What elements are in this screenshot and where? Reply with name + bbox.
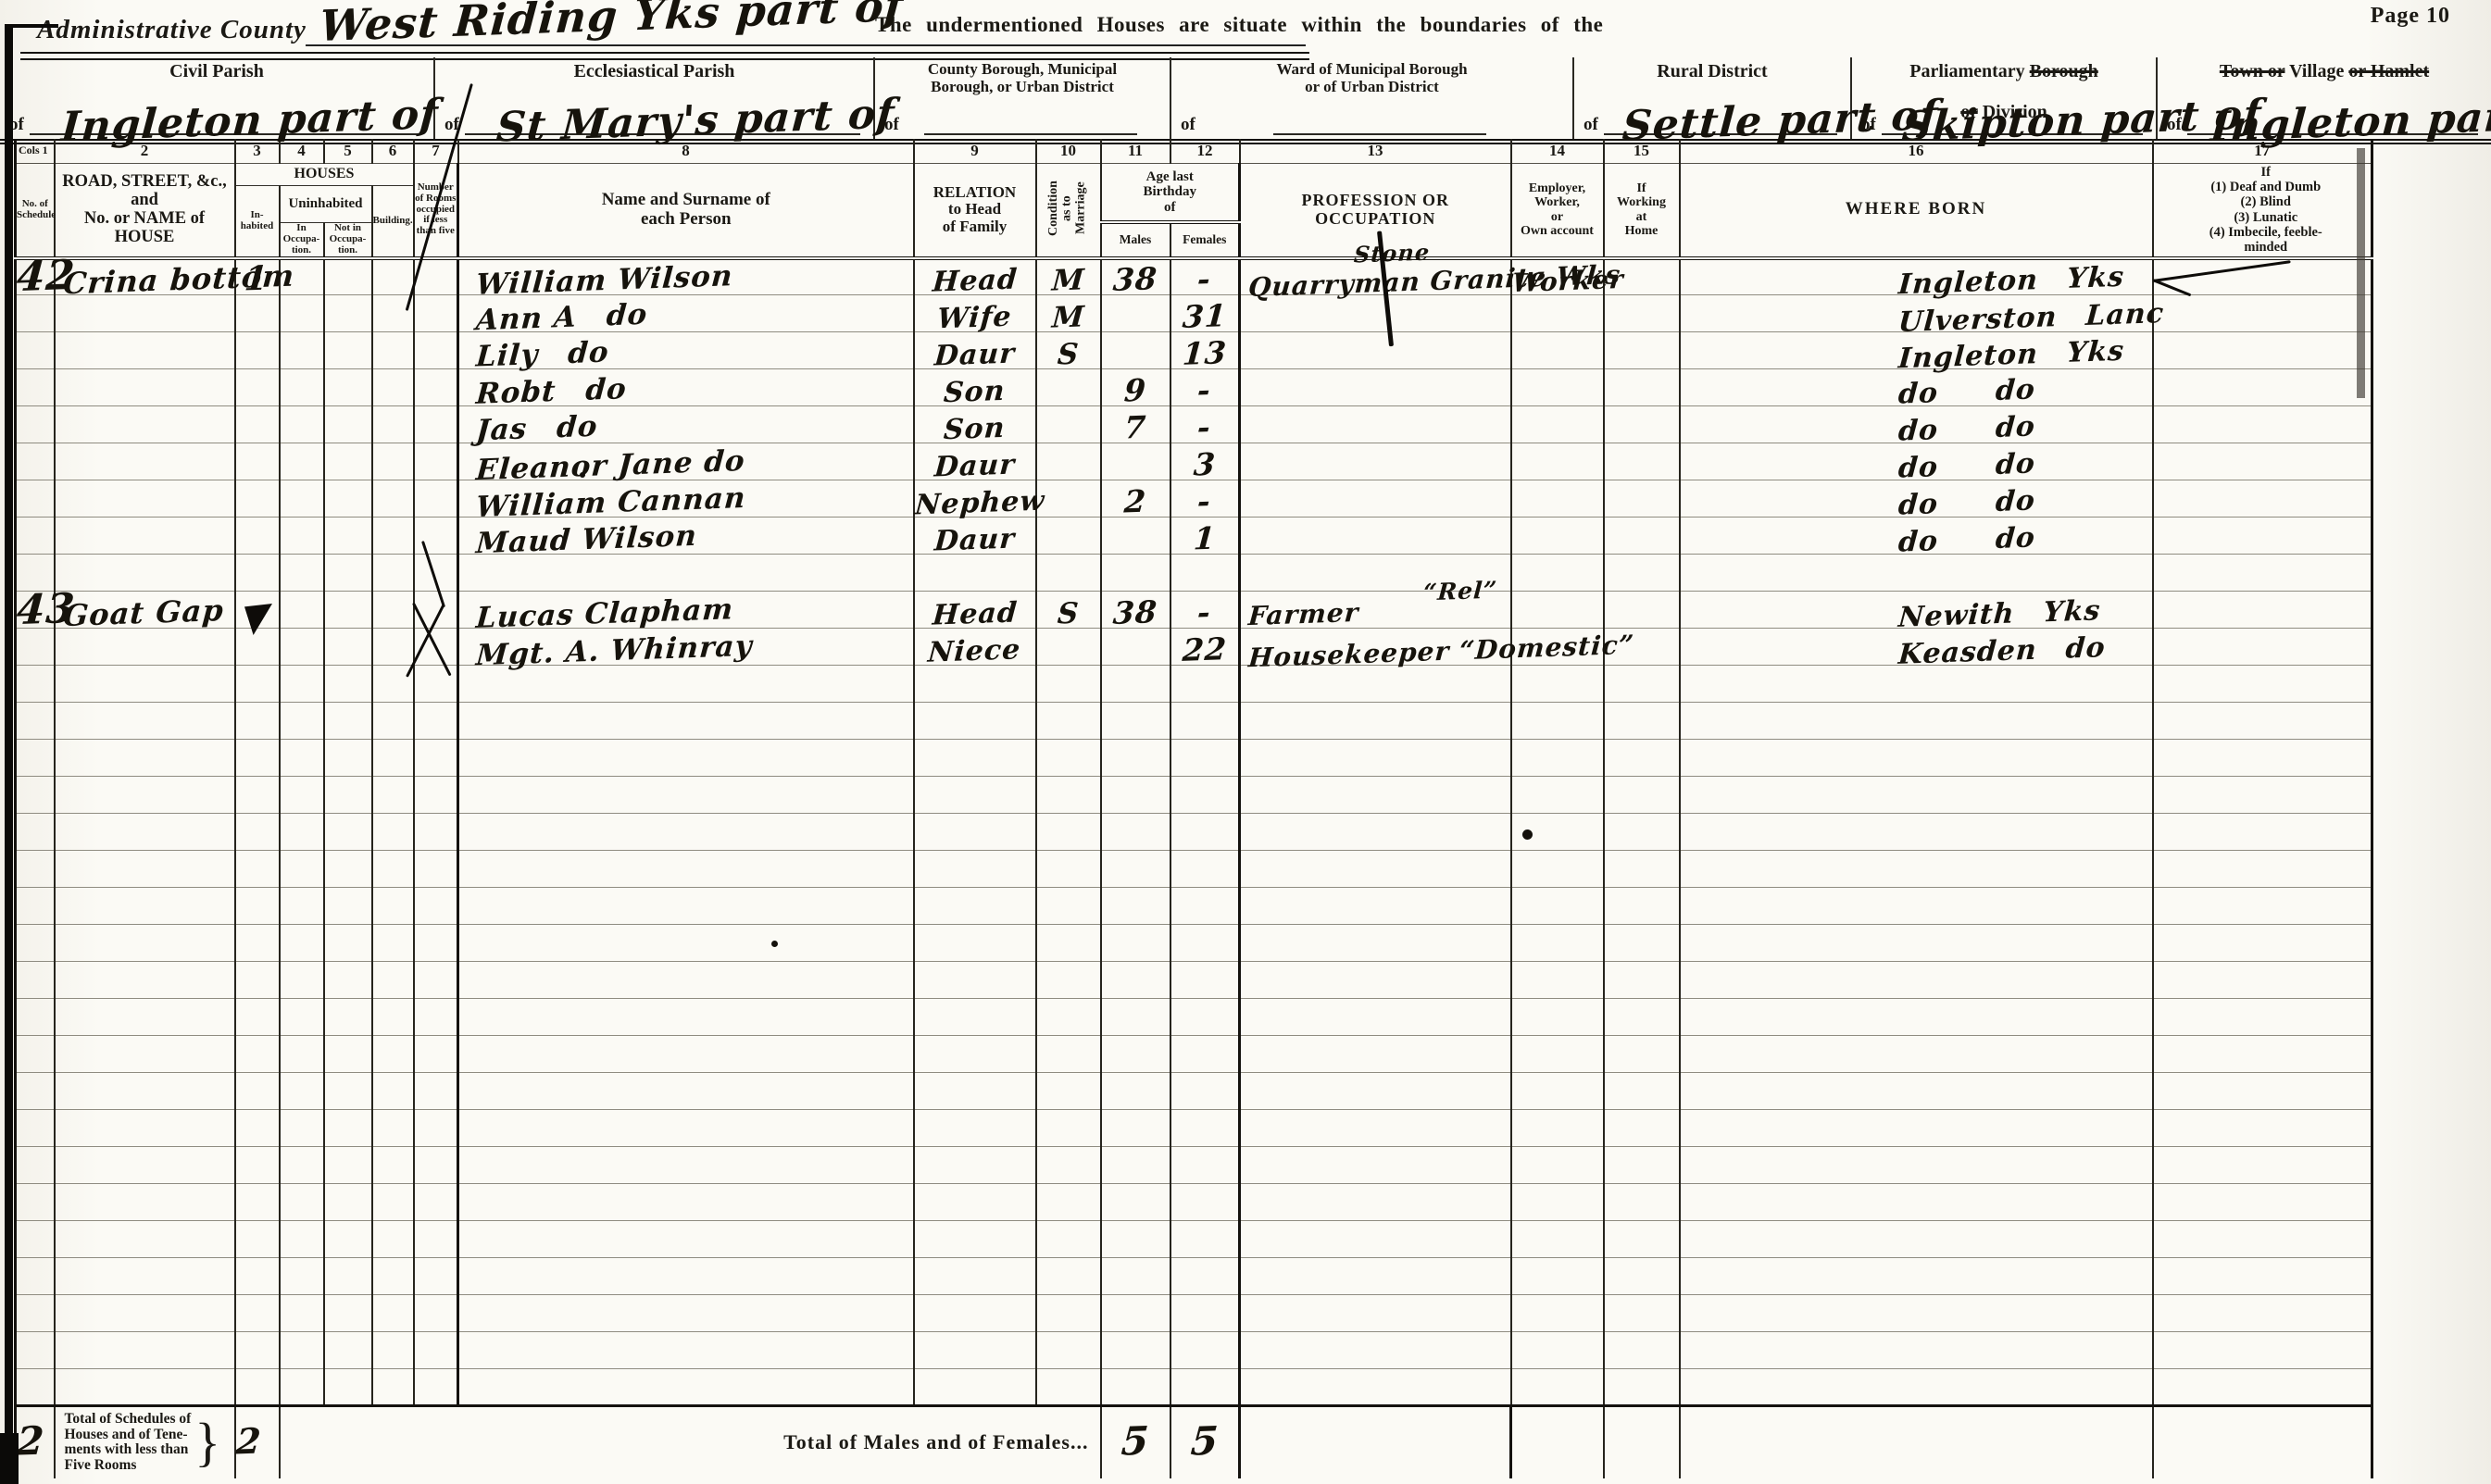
cell-inhabited <box>235 1110 280 1147</box>
cell-occupation <box>1240 1073 1511 1110</box>
table-footer: 2 Total of Schedules of Houses and of Te… <box>16 1406 2372 1478</box>
cell-age-m <box>1101 1184 1170 1221</box>
cell-born: Ingleton Yks <box>1680 332 2153 369</box>
cell-road <box>55 295 235 332</box>
cell-relation <box>914 1110 1036 1147</box>
cell-relation: Daur <box>914 518 1036 555</box>
cell-building <box>372 555 414 592</box>
table-row: 42Crina bottom1William WilsonHeadM38-Qua… <box>16 258 2372 295</box>
cell-relation <box>914 740 1036 777</box>
cell-in-occupation <box>280 1295 324 1332</box>
cell-in-occupation <box>280 406 324 443</box>
totals-row: 2 Total of Schedules of Houses and of Te… <box>16 1406 2372 1478</box>
cell-occupation <box>1240 1295 1511 1332</box>
cell-age-m <box>1101 962 1170 999</box>
condition-handwriting: S <box>1057 343 1080 367</box>
cell-building <box>372 1258 414 1295</box>
cell-age-f <box>1170 888 1240 925</box>
col-number: 14 <box>1511 139 1604 163</box>
cell-condition <box>1036 666 1101 703</box>
cell-name: Lucas Clapham <box>458 592 914 629</box>
cell-rooms <box>414 1147 458 1184</box>
cell-age-m <box>1101 295 1170 332</box>
cell-name <box>458 555 914 592</box>
cell-born <box>1680 925 2153 962</box>
cell-schedule: 43 <box>16 592 55 629</box>
cell-born <box>1680 962 2153 999</box>
scan-top-tick <box>5 24 58 28</box>
table-row <box>16 851 2372 888</box>
cell-at-home <box>1604 703 1680 740</box>
cell-name <box>458 777 914 814</box>
cell-age-m <box>1101 1110 1170 1147</box>
cell-occupation <box>1240 814 1511 851</box>
cell-in-occupation <box>280 703 324 740</box>
census-table: Cols 1 2 3 4 5 6 7 8 9 10 11 12 13 14 15… <box>14 139 2373 1478</box>
cell-condition <box>1036 1036 1101 1073</box>
cell-infirmity <box>2153 851 2372 888</box>
cell-age-m: 38 <box>1101 592 1170 629</box>
relation-handwriting: Daur <box>933 455 1016 480</box>
cell-employer <box>1511 888 1604 925</box>
age_f-handwriting: - <box>1196 379 1211 403</box>
cell-building <box>372 480 414 518</box>
cell-born <box>1680 1369 2153 1406</box>
cell-infirmity <box>2153 592 2372 629</box>
cell-building <box>372 1036 414 1073</box>
cell-born: Ulverston Lanc <box>1680 295 2153 332</box>
cell-relation <box>914 1295 1036 1332</box>
cell-road: Goat Gap <box>55 592 235 629</box>
table-row: 43Goat GapLucas ClaphamHeadS38-Farmer“Re… <box>16 592 2372 629</box>
cell-rooms <box>414 1110 458 1147</box>
cell-schedule <box>16 777 55 814</box>
census-sheet: Administrative County West Riding Yks pa… <box>0 0 2491 1484</box>
cell-relation <box>914 888 1036 925</box>
cell-condition <box>1036 925 1101 962</box>
cell-condition <box>1036 962 1101 999</box>
cell-born <box>1680 703 2153 740</box>
cell-inhabited <box>235 1184 280 1221</box>
condition-handwriting: M <box>1051 268 1085 292</box>
relation-handwriting: Son <box>943 380 1006 405</box>
cell-born <box>1680 1184 2153 1221</box>
age_m-handwriting: 7 <box>1123 416 1147 441</box>
cell-age-f <box>1170 1295 1240 1332</box>
cell-condition: S <box>1036 332 1101 369</box>
born-handwriting: do do <box>1897 527 2036 554</box>
cell-employer <box>1511 1147 1604 1184</box>
cell-building <box>372 851 414 888</box>
cell-occupation <box>1240 1332 1511 1369</box>
cell-age-f: - <box>1170 406 1240 443</box>
cell-at-home <box>1604 962 1680 999</box>
cell-name <box>458 1184 914 1221</box>
scan-left-frame <box>5 24 13 1484</box>
cell-at-home <box>1604 629 1680 666</box>
cell-inhabited <box>235 518 280 555</box>
cell-condition <box>1036 1184 1101 1221</box>
cell-occupation <box>1240 1036 1511 1073</box>
table-row <box>16 1110 2372 1147</box>
cell-inhabited <box>235 1221 280 1258</box>
cell-born <box>1680 555 2153 592</box>
cell-schedule <box>16 629 55 666</box>
cell-age-f <box>1170 1221 1240 1258</box>
cell-rooms <box>414 443 458 480</box>
cell-at-home <box>1604 925 1680 962</box>
age_f-handwriting: 31 <box>1182 304 1228 329</box>
cell-rooms <box>414 1295 458 1332</box>
born-handwriting: do do <box>1897 453 2036 480</box>
cell-schedule: 42 <box>16 258 55 295</box>
cell-road: Crina bottom <box>55 258 235 295</box>
cell-building <box>372 1295 414 1332</box>
cell-relation: Wife <box>914 295 1036 332</box>
table-row <box>16 962 2372 999</box>
cell-rooms <box>414 703 458 740</box>
cell-inhabited <box>235 740 280 777</box>
cell-born <box>1680 999 2153 1036</box>
cell-infirmity <box>2153 1295 2372 1332</box>
cell-road <box>55 703 235 740</box>
total-females-value: 5 <box>1170 1406 1240 1478</box>
cell-road <box>55 1110 235 1147</box>
cell-schedule <box>16 703 55 740</box>
cell-occupation <box>1240 740 1511 777</box>
cell-relation <box>914 777 1036 814</box>
col-number: 11 <box>1101 139 1170 163</box>
cell-age-m <box>1101 1258 1170 1295</box>
cell-age-m <box>1101 1295 1170 1332</box>
cell-not-in-occupation <box>324 1110 372 1147</box>
cell-not-in-occupation <box>324 1369 372 1406</box>
cell-name <box>458 703 914 740</box>
ecclesiastical-parish-label: Ecclesiastical Parish <box>435 61 873 81</box>
cell-age-m <box>1101 1221 1170 1258</box>
cell-in-occupation <box>280 962 324 999</box>
cell-infirmity <box>2153 1258 2372 1295</box>
cell-inhabited <box>235 703 280 740</box>
cell-building <box>372 814 414 851</box>
cell-schedule <box>16 295 55 332</box>
table-row <box>16 1258 2372 1295</box>
cell-occupation <box>1240 443 1511 480</box>
cell-road <box>55 1221 235 1258</box>
cell-not-in-occupation <box>324 703 372 740</box>
cell-born <box>1680 1295 2153 1332</box>
cell-infirmity <box>2153 1036 2372 1073</box>
cell-not-in-occupation <box>324 629 372 666</box>
cell-name <box>458 666 914 703</box>
name-handwriting: Mgt. A. Whinray <box>475 635 753 667</box>
name-handwriting: Lucas Clapham <box>475 598 734 630</box>
cell-inhabited <box>235 555 280 592</box>
cell-road <box>55 925 235 962</box>
cell-age-m <box>1101 555 1170 592</box>
cell-schedule <box>16 814 55 851</box>
cell-in-occupation <box>280 1221 324 1258</box>
uninhabited-group-header: Uninhabited <box>280 185 372 222</box>
total-schedules-label: Total of Schedules of Houses and of Tene… <box>55 1406 235 1478</box>
cell-building <box>372 1221 414 1258</box>
cell-occupation <box>1240 1147 1511 1184</box>
cell-inhabited <box>235 851 280 888</box>
cell-rooms <box>414 888 458 925</box>
col-number: Cols 1 <box>16 139 55 163</box>
cell-at-home <box>1604 999 1680 1036</box>
cell-road <box>55 555 235 592</box>
cell-born <box>1680 814 2153 851</box>
cell-at-home <box>1604 1221 1680 1258</box>
cell-employer <box>1511 480 1604 518</box>
name-handwriting: Ann A do <box>475 304 648 332</box>
table-row <box>16 925 2372 962</box>
schedule-header: No. of Schedule <box>16 163 55 258</box>
cell-occupation <box>1240 962 1511 999</box>
cell-at-home <box>1604 518 1680 555</box>
cell-at-home <box>1604 369 1680 406</box>
ink-dot <box>1522 829 1533 840</box>
cell-infirmity <box>2153 1073 2372 1110</box>
cell-not-in-occupation <box>324 1221 372 1258</box>
cell-relation <box>914 1184 1036 1221</box>
cell-born: do do <box>1680 406 2153 443</box>
cell-relation: Head <box>914 258 1036 295</box>
cell-relation: Daur <box>914 443 1036 480</box>
cell-in-occupation <box>280 1110 324 1147</box>
fill-line: Ingleton part of <box>30 124 420 135</box>
cell-building <box>372 925 414 962</box>
cell-name <box>458 1369 914 1406</box>
cell-inhabited <box>235 1332 280 1369</box>
cell-schedule <box>16 1258 55 1295</box>
cell-name: William Cannan <box>458 480 914 518</box>
cell-born <box>1680 1036 2153 1073</box>
cell-born <box>1680 1221 2153 1258</box>
cell-name <box>458 1332 914 1369</box>
cell-condition <box>1036 480 1101 518</box>
table-row <box>16 1295 2372 1332</box>
cell-schedule <box>16 518 55 555</box>
cell-age-m <box>1101 1147 1170 1184</box>
empty-total-cell <box>1680 1406 2153 1478</box>
condition-handwriting: M <box>1051 306 1085 329</box>
cell-employer <box>1511 1258 1604 1295</box>
cell-employer <box>1511 851 1604 888</box>
cell-inhabited <box>235 295 280 332</box>
cell-condition <box>1036 406 1101 443</box>
county-borough-label: County Borough, Municipal Borough, or Ur… <box>875 61 1170 95</box>
cell-name <box>458 962 914 999</box>
cell-at-home <box>1604 1295 1680 1332</box>
table-row <box>16 703 2372 740</box>
cell-road <box>55 1147 235 1184</box>
cell-employer <box>1511 1110 1604 1147</box>
ink-dot <box>771 941 778 947</box>
cell-inhabited <box>235 443 280 480</box>
cell-occupation <box>1240 518 1511 555</box>
cell-age-f: 31 <box>1170 295 1240 332</box>
cell-relation <box>914 1221 1036 1258</box>
cell-born <box>1680 1110 2153 1147</box>
name-handwriting: Jas do <box>475 416 598 443</box>
cell-age-f <box>1170 1110 1240 1147</box>
cell-born <box>1680 888 2153 925</box>
cell-not-in-occupation <box>324 480 372 518</box>
cell-building <box>372 1110 414 1147</box>
cell-occupation <box>1240 703 1511 740</box>
cell-inhabited <box>235 999 280 1036</box>
table-row <box>16 1036 2372 1073</box>
cell-at-home <box>1604 1110 1680 1147</box>
cell-age-f: 22 <box>1170 629 1240 666</box>
cell-age-f <box>1170 703 1240 740</box>
cell-name: Lily do <box>458 332 914 369</box>
relation-handwriting: Head <box>932 268 1018 293</box>
cell-name: Eleanor Jane do <box>458 443 914 480</box>
cell-age-f <box>1170 1073 1240 1110</box>
cell-employer <box>1511 740 1604 777</box>
cell-inhabited <box>235 666 280 703</box>
cell-building <box>372 1147 414 1184</box>
cell-age-f <box>1170 740 1240 777</box>
total-males-females-label: Total of Males and of Females... <box>280 1406 1101 1478</box>
admin-county-value: West Riding Yks part of <box>319 0 904 35</box>
cell-in-occupation <box>280 851 324 888</box>
cell-name <box>458 888 914 925</box>
cell-not-in-occupation <box>324 518 372 555</box>
cell-in-occupation <box>280 258 324 295</box>
table-row: Lily doDaurS13Ingleton Yks <box>16 332 2372 369</box>
occupation-handwriting: Farmer <box>1247 603 1359 627</box>
cell-employer <box>1511 555 1604 592</box>
cell-employer <box>1511 1073 1604 1110</box>
table-row <box>16 555 2372 592</box>
cell-in-occupation <box>280 555 324 592</box>
at-home-header: If Working at Home <box>1604 163 1680 258</box>
cell-infirmity <box>2153 369 2372 406</box>
table-row <box>16 1221 2372 1258</box>
relation-handwriting: Daur <box>933 529 1016 554</box>
rural-district-value: Settle part of <box>1622 106 1938 139</box>
cell-not-in-occupation <box>324 666 372 703</box>
cell-building <box>372 258 414 295</box>
cell-relation <box>914 1332 1036 1369</box>
table-row: Maud WilsonDaur1do do <box>16 518 2372 555</box>
cell-road <box>55 888 235 925</box>
cell-name <box>458 814 914 851</box>
age_f-handwriting: - <box>1196 268 1211 292</box>
age_m-handwriting: 9 <box>1123 379 1147 404</box>
cell-road <box>55 999 235 1036</box>
civil-parish-label: Civil Parish <box>0 61 433 81</box>
cell-employer <box>1511 925 1604 962</box>
cell-not-in-occupation <box>324 1073 372 1110</box>
brace-glyph: } <box>194 1421 220 1464</box>
cell-building <box>372 1369 414 1406</box>
cell-relation <box>914 666 1036 703</box>
cell-rooms <box>414 925 458 962</box>
cell-at-home <box>1604 555 1680 592</box>
age-group-header: Age last Birthday of <box>1101 163 1240 222</box>
cell-road <box>55 1369 235 1406</box>
rural-district-label: Rural District <box>1574 61 1850 81</box>
cell-occupation <box>1240 406 1511 443</box>
empty-total-cell <box>1240 1406 1511 1478</box>
cell-occupation: Housekeeper “Domestic” <box>1240 629 1511 666</box>
cell-in-occupation <box>280 814 324 851</box>
born-handwriting: do do <box>1897 416 2036 443</box>
cell-at-home <box>1604 814 1680 851</box>
cell-in-occupation <box>280 925 324 962</box>
cell-employer <box>1511 777 1604 814</box>
born-handwriting: Ingleton Yks <box>1897 267 2125 296</box>
cell-inhabited <box>235 369 280 406</box>
cell-name <box>458 851 914 888</box>
rural-district-box: Rural District of Settle part of <box>1574 57 1852 139</box>
cell-condition <box>1036 1110 1101 1147</box>
col-number: 6 <box>372 139 414 163</box>
cell-road <box>55 777 235 814</box>
cell-rooms <box>414 999 458 1036</box>
cell-age-f: 3 <box>1170 443 1240 480</box>
cell-road <box>55 962 235 999</box>
cell-rooms <box>414 740 458 777</box>
cell-in-occupation <box>280 480 324 518</box>
cell-name <box>458 1221 914 1258</box>
cell-not-in-occupation <box>324 369 372 406</box>
cell-condition: M <box>1036 258 1101 295</box>
males-header: Males <box>1101 222 1170 257</box>
cell-in-occupation <box>280 1147 324 1184</box>
cell-at-home <box>1604 406 1680 443</box>
cell-occupation: Quarryman Granite WksStone <box>1240 258 1511 295</box>
age_m-handwriting: 2 <box>1123 490 1147 515</box>
age_m-handwriting: 38 <box>1112 600 1158 625</box>
cell-building <box>372 888 414 925</box>
cell-infirmity <box>2153 999 2372 1036</box>
name-handwriting: Maud Wilson <box>475 525 697 555</box>
cell-not-in-occupation <box>324 851 372 888</box>
cell-condition <box>1036 1073 1101 1110</box>
cell-schedule <box>16 1036 55 1073</box>
table-row: Mgt. A. WhinrayNiece22Housekeeper “Domes… <box>16 629 2372 666</box>
cell-not-in-occupation <box>324 555 372 592</box>
cell-occupation <box>1240 999 1511 1036</box>
cell-condition <box>1036 555 1101 592</box>
cell-born <box>1680 1073 2153 1110</box>
cell-inhabited <box>235 480 280 518</box>
cell-relation: Son <box>914 406 1036 443</box>
cell-not-in-occupation <box>324 962 372 999</box>
cell-age-f: 13 <box>1170 332 1240 369</box>
cell-at-home <box>1604 1369 1680 1406</box>
cell-rooms <box>414 1036 458 1073</box>
cell-relation <box>914 999 1036 1036</box>
cell-not-in-occupation <box>324 888 372 925</box>
cell-road <box>55 480 235 518</box>
civil-parish-value: Ingleton part of <box>61 106 438 139</box>
cell-age-f <box>1170 666 1240 703</box>
cell-in-occupation <box>280 592 324 629</box>
cell-schedule <box>16 740 55 777</box>
cell-road <box>55 406 235 443</box>
boundary-statement: The undermentioned Houses are situate wi… <box>875 13 1603 37</box>
cell-name <box>458 1110 914 1147</box>
cell-employer <box>1511 443 1604 480</box>
age_f-handwriting: 13 <box>1182 341 1228 366</box>
